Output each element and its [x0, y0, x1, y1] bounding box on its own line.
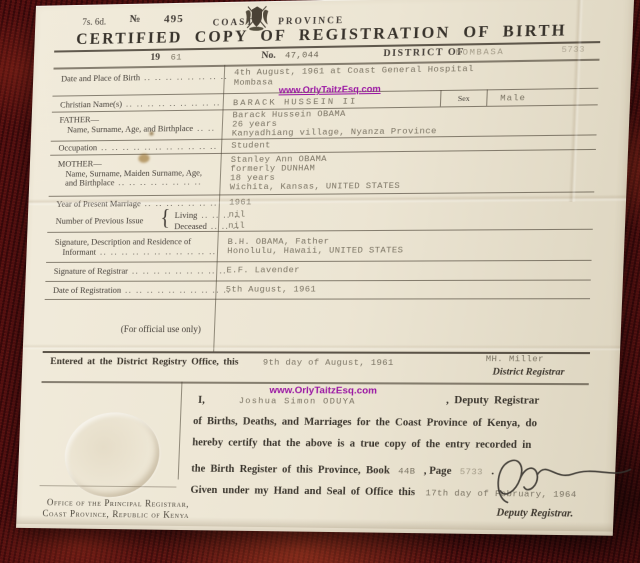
cert-line3: hereby certify that the above is a true … — [192, 437, 531, 451]
watermark-orlytaitz-top: www.OrlyTaitzEsq.com — [239, 83, 420, 96]
cert-line2: of Births, Deaths, and Marriages for the… — [193, 416, 537, 429]
deputy-registrar-label: Deputy Registrar. — [496, 507, 573, 519]
row-divider — [45, 280, 590, 282]
watermark-orlytaitz-bottom: www.OrlyTaitzEsq.com — [233, 385, 414, 397]
typed-value: nil — [228, 210, 245, 220]
cert-book-typed: 44B — [398, 466, 416, 476]
cert-after-name: , Deputy Registrar — [446, 395, 539, 407]
fabric-background: 7s. 6d. № 495 COAST PROVINCE CERTIFIED C… — [0, 0, 640, 563]
embossed-seal — [61, 407, 164, 503]
birth-certificate-document: 7s. 6d. № 495 COAST PROVINCE CERTIFIED C… — [16, 0, 634, 536]
typed-value: Male — [500, 94, 526, 104]
row-divider — [45, 298, 590, 300]
cert-deputy-name-typed: Joshua Simon ODUYA — [239, 397, 356, 407]
paper-stain — [149, 131, 153, 135]
district-registrar-title: District Registrar — [492, 367, 564, 378]
cert-i: I, — [198, 395, 205, 406]
district-registrar-name: MH. Miller — [485, 355, 544, 365]
sex-label: Sex — [441, 93, 487, 103]
typed-value: E.F. Lavender — [226, 266, 300, 276]
cert-page-typed: 5733 — [460, 467, 484, 477]
district-value: MOMBASA — [455, 48, 504, 59]
form-label-father-sub: Name, Surname, Age, and Birthplace.. .. — [67, 124, 216, 135]
form-label-mother-sub2: and Birthplace.. .. .. .. .. .. .. .. — [65, 177, 202, 188]
form-label-father: FATHER— — [59, 115, 99, 125]
district-label: DISTRICT OF — [383, 48, 465, 60]
row-divider — [49, 191, 595, 196]
no-label: No. — [261, 51, 276, 61]
entered-typed-date: 9th day of August, 1961 — [263, 359, 394, 369]
office-line1: Office of the Principal Registrar, — [47, 497, 190, 509]
row-divider — [47, 229, 593, 233]
serial-number: 495 — [164, 13, 184, 26]
sex-box: Sex — [440, 89, 488, 106]
fee-stamp: 7s. 6d. — [82, 17, 106, 27]
typed-value: nil — [228, 222, 245, 232]
typed-value: 1961 — [229, 198, 252, 208]
brace-glyph: { — [160, 206, 171, 232]
office-line2: Coast Province, Republic of Kenya — [42, 508, 189, 520]
paper-stain — [138, 154, 149, 163]
form-label-informant1: Signature, Description and Residence of — [55, 237, 192, 247]
form-label-marriage: Year of Present Marriage.. .. .. .. .. .… — [56, 199, 218, 210]
typed-value: Wichita, Kansas, UNITED STATES — [230, 182, 401, 193]
form-label-previous-issue: Number of Previous Issue — [55, 216, 143, 226]
typed-value: 5th August, 1961 — [226, 285, 317, 295]
number-sign: № — [129, 14, 140, 25]
form-label-informant2: Informant.. .. .. .. .. .. .. .. .. .. .… — [62, 247, 216, 257]
form-label-date-place: Date and Place of Birth.. .. .. .. .. ..… — [61, 72, 228, 84]
form-label-christian-name: Christian Name(s).. .. .. .. .. .. .. ..… — [60, 98, 221, 110]
typed-value: Student — [231, 141, 271, 151]
form-label-registration-date: Date of Registration.. .. .. .. .. .. ..… — [53, 286, 231, 296]
cert-block-divider — [178, 382, 183, 480]
cert-line4: the Birth Register of this Province, Boo… — [191, 458, 495, 479]
form-label-occupation: Occupation.. .. .. .. .. .. .. .. .. .. … — [58, 142, 218, 153]
form-label-mother: MOTHER— — [58, 159, 102, 169]
year-typed: 61 — [170, 53, 182, 63]
section-rule — [42, 381, 589, 385]
entered-printed: Entered at the District Registry Office,… — [50, 357, 239, 368]
official-use-note: (For official use only) — [121, 324, 201, 334]
corner-ref: 5733 — [561, 45, 585, 55]
crease-line — [23, 344, 620, 351]
year-printed: 19 — [150, 53, 160, 63]
province-label: PROVINCE — [278, 15, 344, 26]
typed-value: BARACK HUSSEIN II — [233, 97, 358, 108]
no-value: 47,044 — [285, 51, 319, 61]
typed-value: Honolulu, Hawaii, UNITED STATES — [227, 246, 404, 256]
form-label-registrar-signature: Signature of Registrar.. .. .. .. .. .. … — [54, 266, 228, 276]
row-divider — [46, 260, 591, 263]
